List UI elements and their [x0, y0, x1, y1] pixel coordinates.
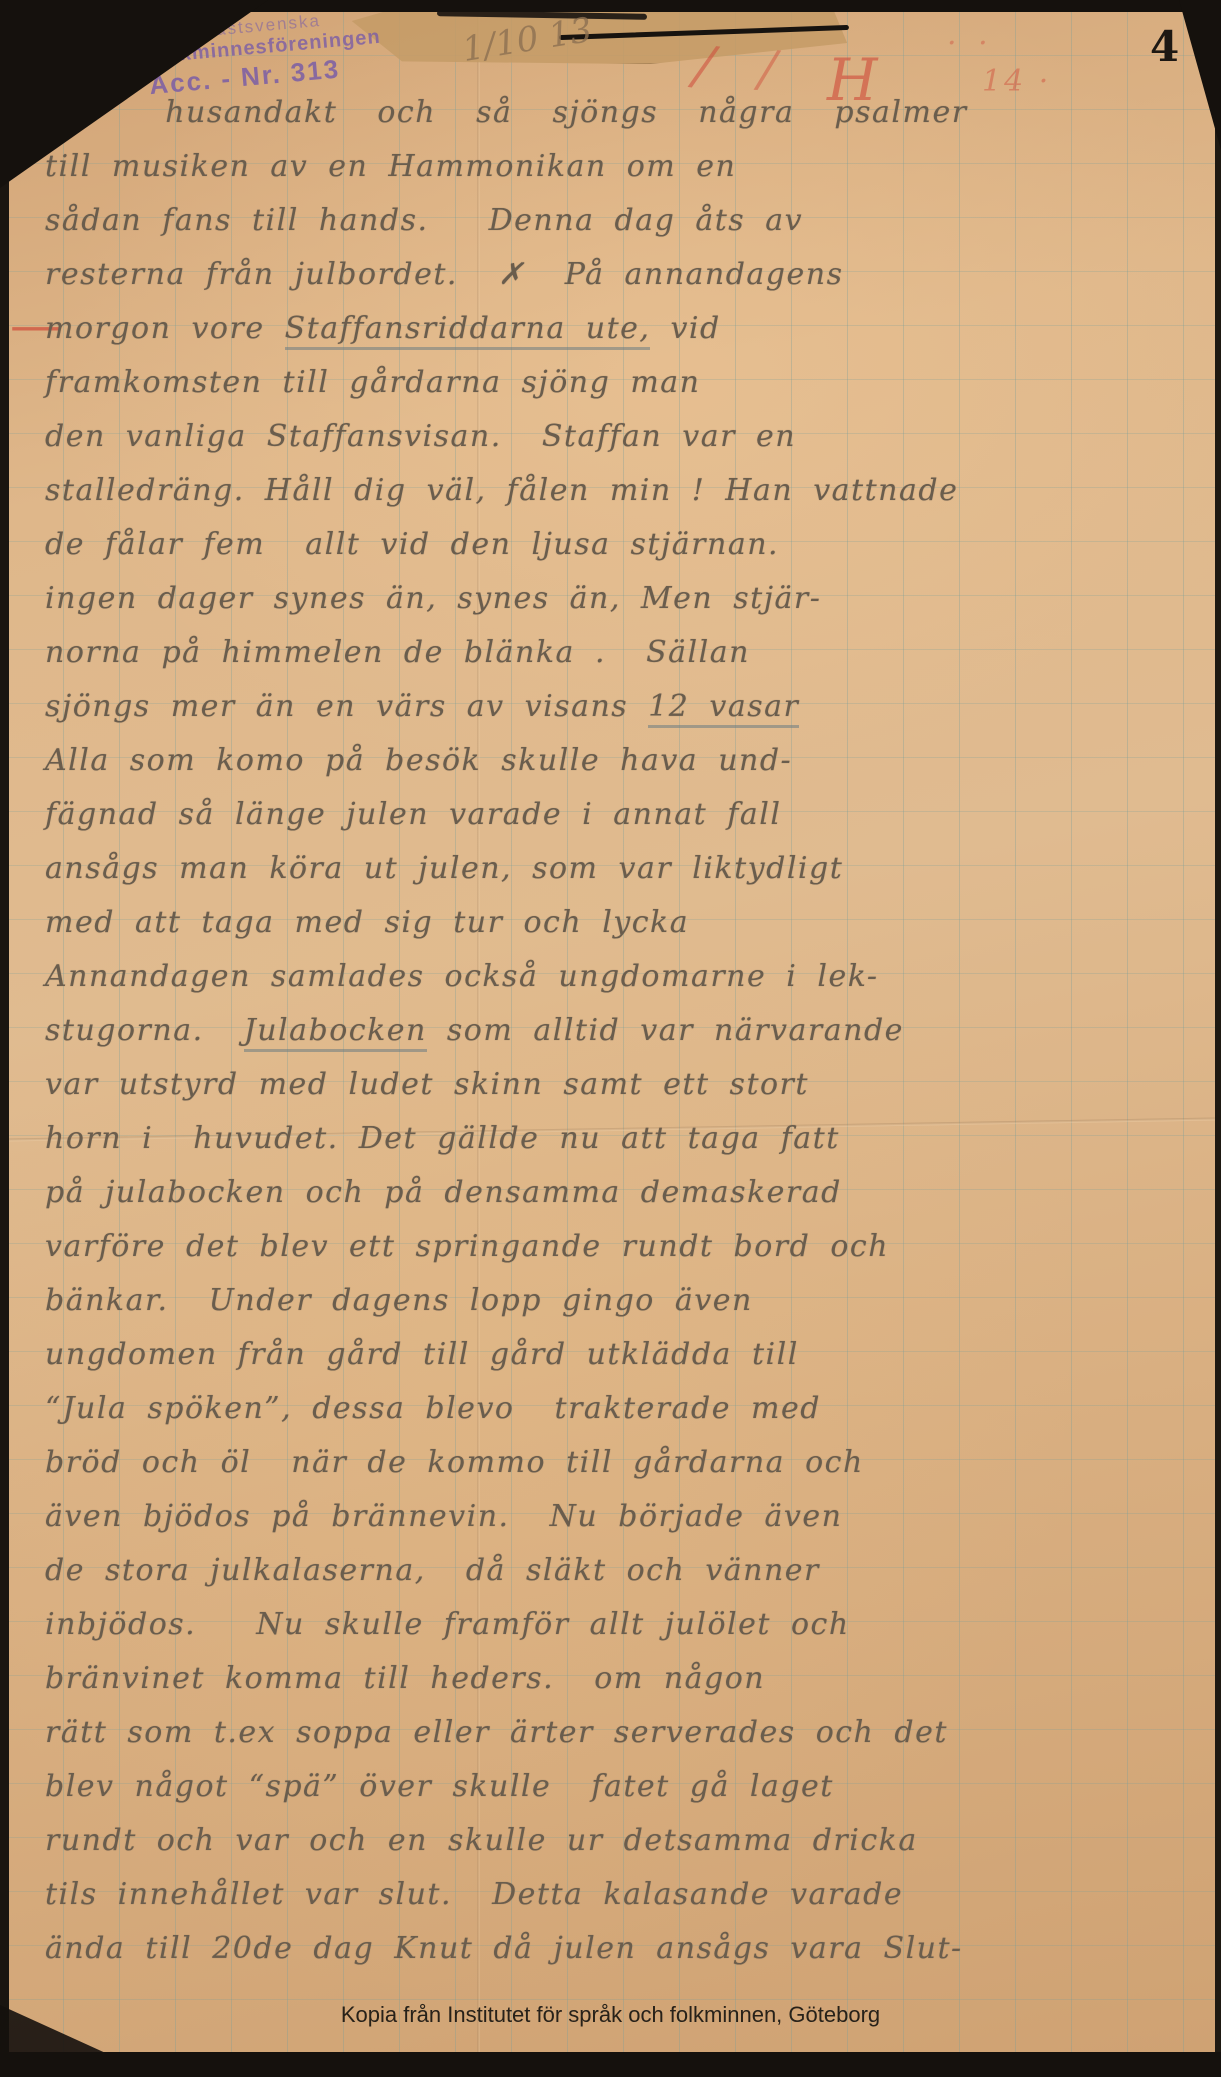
- handwriting-line: rundt och var och en skulle ur detsamma …: [45, 1814, 1195, 1868]
- handwriting-line: fägnad så länge julen varade i annat fal…: [45, 788, 1195, 842]
- handwriting-block: husandakt och så sjöngs några psalmertil…: [45, 86, 1195, 1976]
- red-pencil-mark: · ·: [947, 26, 994, 61]
- handwriting-line: med att taga med sig tur och lycka: [45, 896, 1195, 950]
- handwriting-line: framkomsten till gårdarna sjöng man: [45, 356, 1195, 410]
- handwriting-line: ungdomen från gård till gård utklädda ti…: [45, 1328, 1195, 1382]
- handwriting-line: varföre det blev ett springande rundt bo…: [45, 1220, 1195, 1274]
- handwriting-line: morgon vore Staffansriddarna ute, vid: [45, 302, 1195, 356]
- scanner-edge-bottom: [0, 2052, 1221, 2077]
- handwriting-line: var utstyrd med ludet skinn samt ett sto…: [45, 1058, 1195, 1112]
- handwriting-line: horn i huvudet. Det gällde nu att taga f…: [45, 1112, 1195, 1166]
- handwriting-line: även bjödos på brännevin. Nu började äve…: [45, 1490, 1195, 1544]
- document-page: Västsvenska Folkminnesföreningen Acc. - …: [7, 8, 1215, 2054]
- handwriting-line: de stora julkalaserna, då släkt och vänn…: [45, 1544, 1195, 1598]
- handwriting-line: på julabocken och på densamma demaskerad: [45, 1166, 1195, 1220]
- handwriting-line: ansågs man köra ut julen, som var liktyd…: [45, 842, 1195, 896]
- handwriting-line: den vanliga Staffansvisan. Staffan var e…: [45, 410, 1195, 464]
- handwriting-line: norna på himmelen de blänka . Sällan: [45, 626, 1195, 680]
- handwriting-line: husandakt och så sjöngs några psalmer: [45, 86, 1195, 140]
- handwriting-line: resterna från julbordet. ✗ På annandagen…: [45, 248, 1195, 302]
- handwriting-line: Annandagen samlades också ungdomarne i l…: [45, 950, 1195, 1004]
- handwriting-line: ingen dager synes än, synes än, Men stjä…: [45, 572, 1195, 626]
- archive-caption: Kopia från Institutet för språk och folk…: [0, 2002, 1221, 2028]
- handwriting-line: bröd och öl när de kommo till gårdarna o…: [45, 1436, 1195, 1490]
- handwriting-line: stugorna. Julabocken som alltid var närv…: [45, 1004, 1195, 1058]
- scanner-edge-right: [1215, 0, 1221, 2077]
- handwriting-line: bränvinet komma till heders. om någon: [45, 1652, 1195, 1706]
- handwriting-line: sjöngs mer än en värs av visans 12 vasar: [45, 680, 1195, 734]
- handwriting-line: inbjödos. Nu skulle framför allt julölet…: [45, 1598, 1195, 1652]
- handwriting-line: ända till 20de dag Knut då julen ansågs …: [45, 1922, 1195, 1976]
- handwriting-line: rätt som t.ex soppa eller ärter serverad…: [45, 1706, 1195, 1760]
- handwriting-line: sådan fans till hands. Denna dag åts av: [45, 194, 1195, 248]
- handwriting-line: tils innehållet var slut. Detta kalasand…: [45, 1868, 1195, 1922]
- handwriting-line: stalledräng. Håll dig väl, fålen min ! H…: [45, 464, 1195, 518]
- handwriting-line: de fålar fem allt vid den ljusa stjärnan…: [45, 518, 1195, 572]
- handwriting-line: till musiken av en Hammonikan om en: [45, 140, 1195, 194]
- handwriting-line: blev något “spä” över skulle fatet gå la…: [45, 1760, 1195, 1814]
- scanner-edge-left: [0, 0, 9, 2077]
- handwriting-line: Alla som komo på besök skulle hava und-: [45, 734, 1195, 788]
- handwriting-line: bänkar. Under dagens lopp gingo även: [45, 1274, 1195, 1328]
- handwriting-line: “Jula spöken”, dessa blevo trakterade me…: [45, 1382, 1195, 1436]
- page-number: 4: [1150, 22, 1179, 71]
